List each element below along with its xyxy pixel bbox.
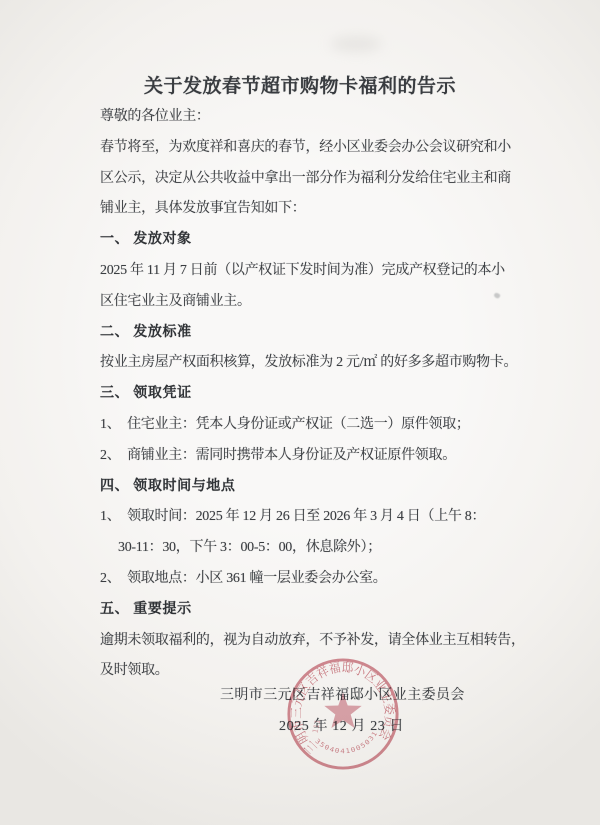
section-4-item-1: 1、 领取时间：2025 年 12 月 26 日至 2026 年 3 月 4 日… [100, 502, 520, 533]
section-3-item-2: 2、 商铺业主：需同时携带本人身份证及产权证原件领取。 [100, 441, 520, 472]
section-1-line-2: 区住宅业主及商铺业主。 [100, 287, 520, 318]
document-title: 关于发放春节超市购物卡福利的告示 [0, 71, 600, 98]
svg-text:3504041005031: 3504041005031 [313, 729, 379, 755]
section-5-line-1: 逾期未领取福利的，视为自动放弃，不予补发，请全体业主互相转告， [100, 626, 520, 657]
section-5-heading: 五、 重要提示 [100, 595, 520, 626]
intro-paragraph-line-2: 区公示，决定从公共收益中拿出一部分作为福利分发给住宅业主和商 [100, 164, 520, 195]
section-4-heading: 四、 领取时间与地点 [100, 472, 520, 503]
section-1-heading: 一、 发放对象 [100, 225, 520, 256]
section-2-line-1: 按业主房屋产权面积核算，发放标准为 2 元/㎡ 的好多多超市购物卡。 [100, 348, 520, 379]
section-2-heading: 二、 发放标准 [100, 318, 520, 349]
section-1-line-1: 2025 年 11 月 7 日前（以产权证下发时间为准）完成产权登记的本小 [100, 256, 520, 287]
seal-star-icon [324, 692, 361, 728]
seal-registration-code: 3504041005031 [313, 729, 379, 755]
scan-smudge [330, 36, 382, 52]
announcement-document: 关于发放春节超市购物卡福利的告示 尊敬的各位业主： 春节将至，为欢度祥和喜庆的春… [0, 0, 600, 825]
document-body: 尊敬的各位业主： 春节将至，为欢度祥和喜庆的春节，经小区业委会办公会议研究和小 … [100, 102, 520, 687]
official-red-seal-icon: 三明市三元区吉祥福邸小区业主委员会 3504041005031 111 [284, 655, 402, 773]
intro-paragraph-line-1: 春节将至，为欢度祥和喜庆的春节，经小区业委会办公会议研究和小 [100, 133, 520, 164]
intro-paragraph-line-3: 铺业主，具体发放事宜告知如下： [100, 194, 520, 225]
salutation-line: 尊敬的各位业主： [100, 102, 520, 133]
section-3-item-1: 1、 住宅业主：凭本人身份证或产权证（二选一）原件领取； [100, 410, 520, 441]
section-4-item-2: 2、 领取地点：小区 361 幢一层业委会办公室。 [100, 564, 520, 595]
section-3-heading: 三、 领取凭证 [100, 379, 520, 410]
section-4-item-1-continued: 30-11：30，下午 3：00-5：00，休息除外）； [100, 533, 520, 564]
seal-inner-mark: 111 [311, 718, 323, 734]
